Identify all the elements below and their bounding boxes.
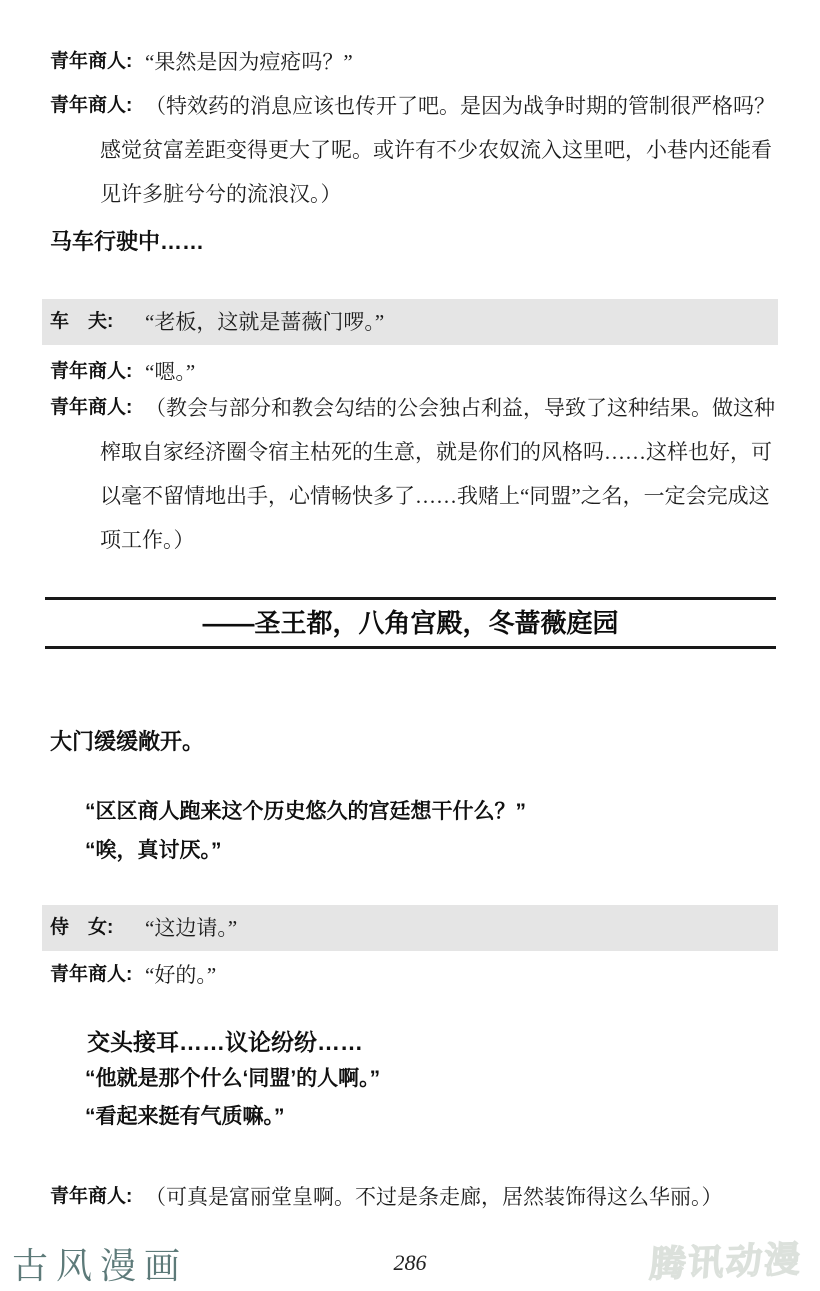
dialogue-text: （特效药的消息应该也传开了吧。是因为战争时期的管制很严格吗？感觉贫富差距变得更大… bbox=[100, 84, 776, 216]
dialogue-row: 青年商人: “果然是因为痘疮吗？” bbox=[0, 40, 820, 84]
dialogue-text: “这边请。” bbox=[100, 905, 734, 951]
crowd-quote: “他就是那个什么‘同盟’的人啊。” bbox=[85, 1064, 380, 1094]
dialogue-text: “好的。” bbox=[100, 953, 776, 997]
dialogue-text: （可真是富丽堂皇啊。不过是条走廊，居然装饰得这么华丽。） bbox=[100, 1175, 776, 1219]
speaker-label: 青年商人: bbox=[50, 40, 132, 84]
stage-direction: 交头接耳……议论纷纷…… bbox=[87, 1026, 363, 1058]
script-page: 青年商人: “果然是因为痘疮吗？” 青年商人: （特效药的消息应该也传开了吧。是… bbox=[0, 0, 820, 1291]
dialogue-row: 青年商人: （特效药的消息应该也传开了吧。是因为战争时期的管制很严格吗？感觉贫富… bbox=[0, 84, 820, 216]
speaker-label: 青年商人: bbox=[50, 386, 132, 430]
crowd-quote: “唉，真讨厌。” bbox=[85, 836, 222, 866]
speaker-label: 车 夫: bbox=[50, 299, 113, 345]
highlight-dialogue-row: 侍 女: “这边请。” bbox=[42, 905, 778, 951]
speaker-label: 青年商人: bbox=[50, 1175, 132, 1219]
section-heading: ——圣王都，八角宫殿，冬蔷薇庭园 bbox=[45, 597, 776, 649]
speaker-label: 侍 女: bbox=[50, 905, 113, 951]
dialogue-text: “老板，这就是蔷薇门啰。” bbox=[100, 299, 734, 345]
crowd-quote: “看起来挺有气质嘛。” bbox=[85, 1102, 285, 1132]
crowd-quote: “区区商人跑来这个历史悠久的宫廷想干什么？” bbox=[85, 797, 526, 827]
speaker-label: 青年商人: bbox=[50, 84, 132, 128]
dialogue-row: 青年商人: （教会与部分和教会勾结的公会独占利益，导致了这种结果。做这种榨取自家… bbox=[0, 386, 820, 562]
highlight-dialogue-row: 车 夫: “老板，这就是蔷薇门啰。” bbox=[42, 299, 778, 345]
dialogue-row: 青年商人: “好的。” bbox=[0, 953, 820, 997]
dialogue-text: （教会与部分和教会勾结的公会独占利益，导致了这种结果。做这种榨取自家经济圈令宿主… bbox=[100, 386, 776, 562]
stage-direction: 马车行驶中…… bbox=[50, 226, 204, 258]
speaker-label: 青年商人: bbox=[50, 953, 132, 997]
dialogue-text: “果然是因为痘疮吗？” bbox=[100, 40, 776, 84]
stage-direction: 大门缓缓敞开。 bbox=[50, 726, 204, 758]
watermark-right: 腾讯动漫 bbox=[648, 1231, 804, 1287]
dialogue-row: 青年商人: （可真是富丽堂皇啊。不过是条走廊，居然装饰得这么华丽。） bbox=[0, 1175, 820, 1219]
